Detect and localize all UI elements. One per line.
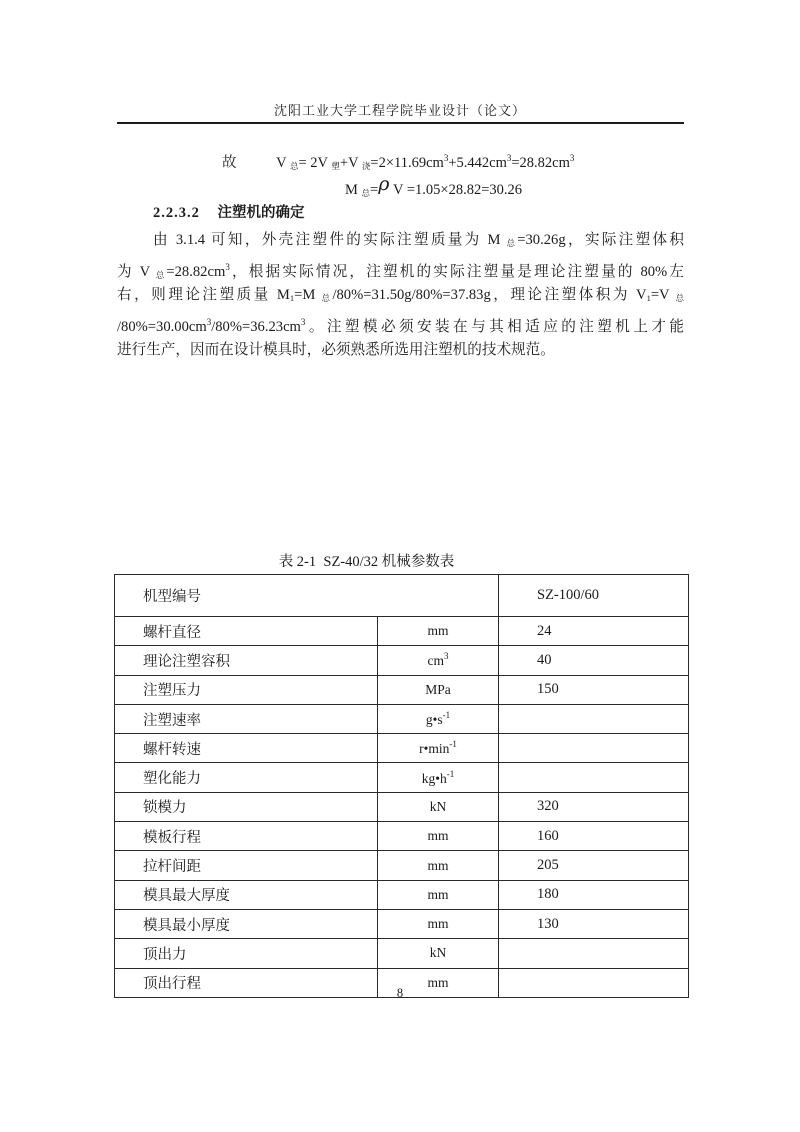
formula-volume-expression: V 总= 2V 塑+V 浇=2×11.69cm3+5.442cm3=28.82c… [276, 155, 574, 171]
row-value-cell: 130 [499, 909, 689, 938]
segment-text: =30.26g，实际注塑体积 [517, 232, 684, 248]
segment-text: 为 V [117, 264, 156, 280]
formula-therefore-label: 故 [222, 155, 237, 171]
paragraph-line: /80%=30.00cm3/80%=36.23cm3。注塑模必须安装在与其相适应… [117, 309, 684, 336]
segment-text: mm [427, 887, 448, 902]
table-caption-text: 表 2-1 SZ-40/32 机械参数表 [279, 554, 455, 570]
row-value-cell [499, 763, 689, 792]
row-value-cell: 150 [499, 675, 689, 704]
section-number: 2.2.3.2 [153, 205, 200, 221]
paragraph-line: 进行生产，因而在设计模具时，必须熟悉所选用注塑机的技术规范。 [117, 337, 684, 364]
segment-text: +5.442cm [448, 155, 507, 171]
segment-sup: 3 [570, 153, 575, 163]
row-unit-cell: kN [378, 939, 499, 968]
segment-text: MPa [425, 682, 451, 697]
table-row: 顶出力kN [115, 939, 689, 968]
segment-text: = 2V [298, 155, 331, 171]
row-label-cell: 模板行程 [115, 822, 378, 851]
segment-text: V =1.05×28.82=30.26 [389, 182, 522, 198]
row-value-cell [499, 704, 689, 733]
row-value-cell [499, 734, 689, 763]
segment-sub: 总 [362, 188, 371, 198]
paragraph-line: 右，则理论注塑质量 M1=M 总/80%=31.50g/80%=37.83g，理… [117, 282, 684, 309]
header-label-cell: 机型编号 [115, 575, 499, 617]
row-unit-cell: mm [378, 851, 499, 880]
row-label-cell: 理论注塑容积 [115, 646, 378, 675]
row-label-cell: 螺杆直径 [115, 617, 378, 646]
table-caption: 表 2-1 SZ-40/32 机械参数表 [117, 552, 684, 572]
table-row: 锁模力kN320 [115, 792, 689, 821]
row-value-cell: 205 [499, 851, 689, 880]
row-unit-cell: kN [378, 792, 499, 821]
segment-text: = [370, 182, 378, 198]
table-row: 理论注塑容积cm340 [115, 646, 689, 675]
segment-text: 进行生产，因而在设计模具时，必须熟悉所选用注塑机的技术规范。 [117, 342, 555, 358]
table-header-row: 机型编号 SZ-100/60 [115, 575, 689, 617]
row-unit-cell: mm [378, 617, 499, 646]
header-value-cell: SZ-100/60 [499, 575, 689, 617]
row-label-cell: 塑化能力 [115, 763, 378, 792]
segment-text: +V [340, 155, 362, 171]
table-row: 塑化能力kg•h-1 [115, 763, 689, 792]
segment-sub: 总 [321, 293, 332, 303]
segment-text: mm [427, 858, 448, 873]
machine-parameters-table: 机型编号 SZ-100/60 螺杆直径mm24理论注塑容积cm340注塑压力MP… [114, 574, 689, 998]
row-value-cell: 40 [499, 646, 689, 675]
row-unit-cell: mm [378, 822, 499, 851]
formula-mass-expression: M 总=ρ V =1.05×28.82=30.26 [345, 174, 522, 204]
segment-text: g•s [426, 712, 443, 727]
row-label-cell: 模具最小厚度 [115, 909, 378, 938]
segment-sub: 总 [156, 270, 167, 280]
row-value-cell: 320 [499, 792, 689, 821]
row-value-cell [499, 939, 689, 968]
table-row: 模板行程mm160 [115, 822, 689, 851]
paragraph-line: 由 3.1.4 可知，外壳注塑件的实际注塑质量为 M 总=30.26g，实际注塑… [117, 227, 684, 254]
row-label-cell: 拉杆间距 [115, 851, 378, 880]
segment-sup: -1 [443, 710, 451, 720]
row-unit-cell: mm [378, 880, 499, 909]
segment-text: /80%=31.50g/80%=37.83g，理论注塑体积为 V [332, 287, 646, 303]
segment-text: mm [427, 623, 448, 638]
segment-text: =M [294, 287, 321, 303]
segment-text: =28.82cm [166, 264, 225, 280]
segment-text: ，根据实际情况，注塑机的实际注塑量是理论注塑量的 80%左 [230, 264, 684, 280]
segment-rho: ρ [378, 173, 389, 195]
segment-text: cm [428, 653, 445, 668]
row-label-cell: 注塑速率 [115, 704, 378, 733]
row-unit-cell: r•min-1 [378, 734, 499, 763]
document-page: 沈阳工业大学工程学院毕业设计（论文） 故 V 总= 2V 塑+V 浇=2×11.… [0, 0, 800, 1132]
table-row: 注塑速率g•s-1 [115, 704, 689, 733]
segment-text: 由 3.1.4 可知，外壳注塑件的实际注塑质量为 M [153, 232, 506, 248]
segment-text: kg•h [422, 771, 447, 786]
row-label-cell: 锁模力 [115, 792, 378, 821]
segment-text: r•min [419, 741, 449, 756]
row-value-cell: 24 [499, 617, 689, 646]
row-label-cell: 模具最大厚度 [115, 880, 378, 909]
formula-line-1: 故 V 总= 2V 塑+V 浇=2×11.69cm3+5.442cm3=28.8… [222, 148, 574, 177]
paragraph-line: 为 V 总=28.82cm3，根据实际情况，注塑机的实际注塑量是理论注塑量的 8… [117, 254, 684, 281]
page-header-title: 沈阳工业大学工程学院毕业设计（论文） [0, 102, 800, 119]
segment-text: /80%=30.00cm [117, 319, 207, 335]
segment-sup: -1 [447, 769, 455, 779]
segment-text: M [345, 182, 362, 198]
row-unit-cell: g•s-1 [378, 704, 499, 733]
segment-text: =V [651, 287, 676, 303]
row-unit-cell: MPa [378, 675, 499, 704]
segment-text: =2×11.69cm [370, 155, 443, 171]
segment-sup: -1 [449, 739, 457, 749]
segment-text: 右，则理论注塑质量 M [117, 287, 290, 303]
table-row: 注塑压力MPa150 [115, 675, 689, 704]
segment-text: 。注塑模必须安装在与其相适应的注塑机上才能 [305, 319, 684, 335]
body-paragraph: 由 3.1.4 可知，外壳注塑件的实际注塑质量为 M 总=30.26g，实际注塑… [117, 227, 684, 364]
table-row: 螺杆转速r•min-1 [115, 734, 689, 763]
segment-text: kN [430, 799, 447, 814]
page-number: 8 [0, 985, 800, 1001]
table-row: 拉杆间距mm205 [115, 851, 689, 880]
row-label-cell: 注塑压力 [115, 675, 378, 704]
row-value-cell: 160 [499, 822, 689, 851]
segment-sup: 3 [444, 651, 449, 661]
segment-text: /80%=36.23cm [211, 319, 301, 335]
row-unit-cell: cm3 [378, 646, 499, 675]
segment-sub: 塑 [331, 161, 340, 171]
segment-text: V [276, 155, 290, 171]
table-row: 模具最大厚度mm180 [115, 880, 689, 909]
segment-text: kN [430, 945, 447, 960]
table-row: 螺杆直径mm24 [115, 617, 689, 646]
segment-text: mm [427, 916, 448, 931]
header-rule-divider [117, 122, 684, 124]
segment-sub: 总 [675, 293, 684, 303]
segment-sub: 总 [506, 238, 517, 248]
row-value-cell: 180 [499, 880, 689, 909]
segment-text: =28.82cm [511, 155, 570, 171]
section-title: 注塑机的确定 [218, 205, 305, 221]
segment-text: mm [427, 828, 448, 843]
row-label-cell: 顶出力 [115, 939, 378, 968]
table-row: 模具最小厚度mm130 [115, 909, 689, 938]
row-unit-cell: kg•h-1 [378, 763, 499, 792]
row-label-cell: 螺杆转速 [115, 734, 378, 763]
row-unit-cell: mm [378, 909, 499, 938]
section-heading: 2.2.3.2 注塑机的确定 [117, 203, 684, 224]
